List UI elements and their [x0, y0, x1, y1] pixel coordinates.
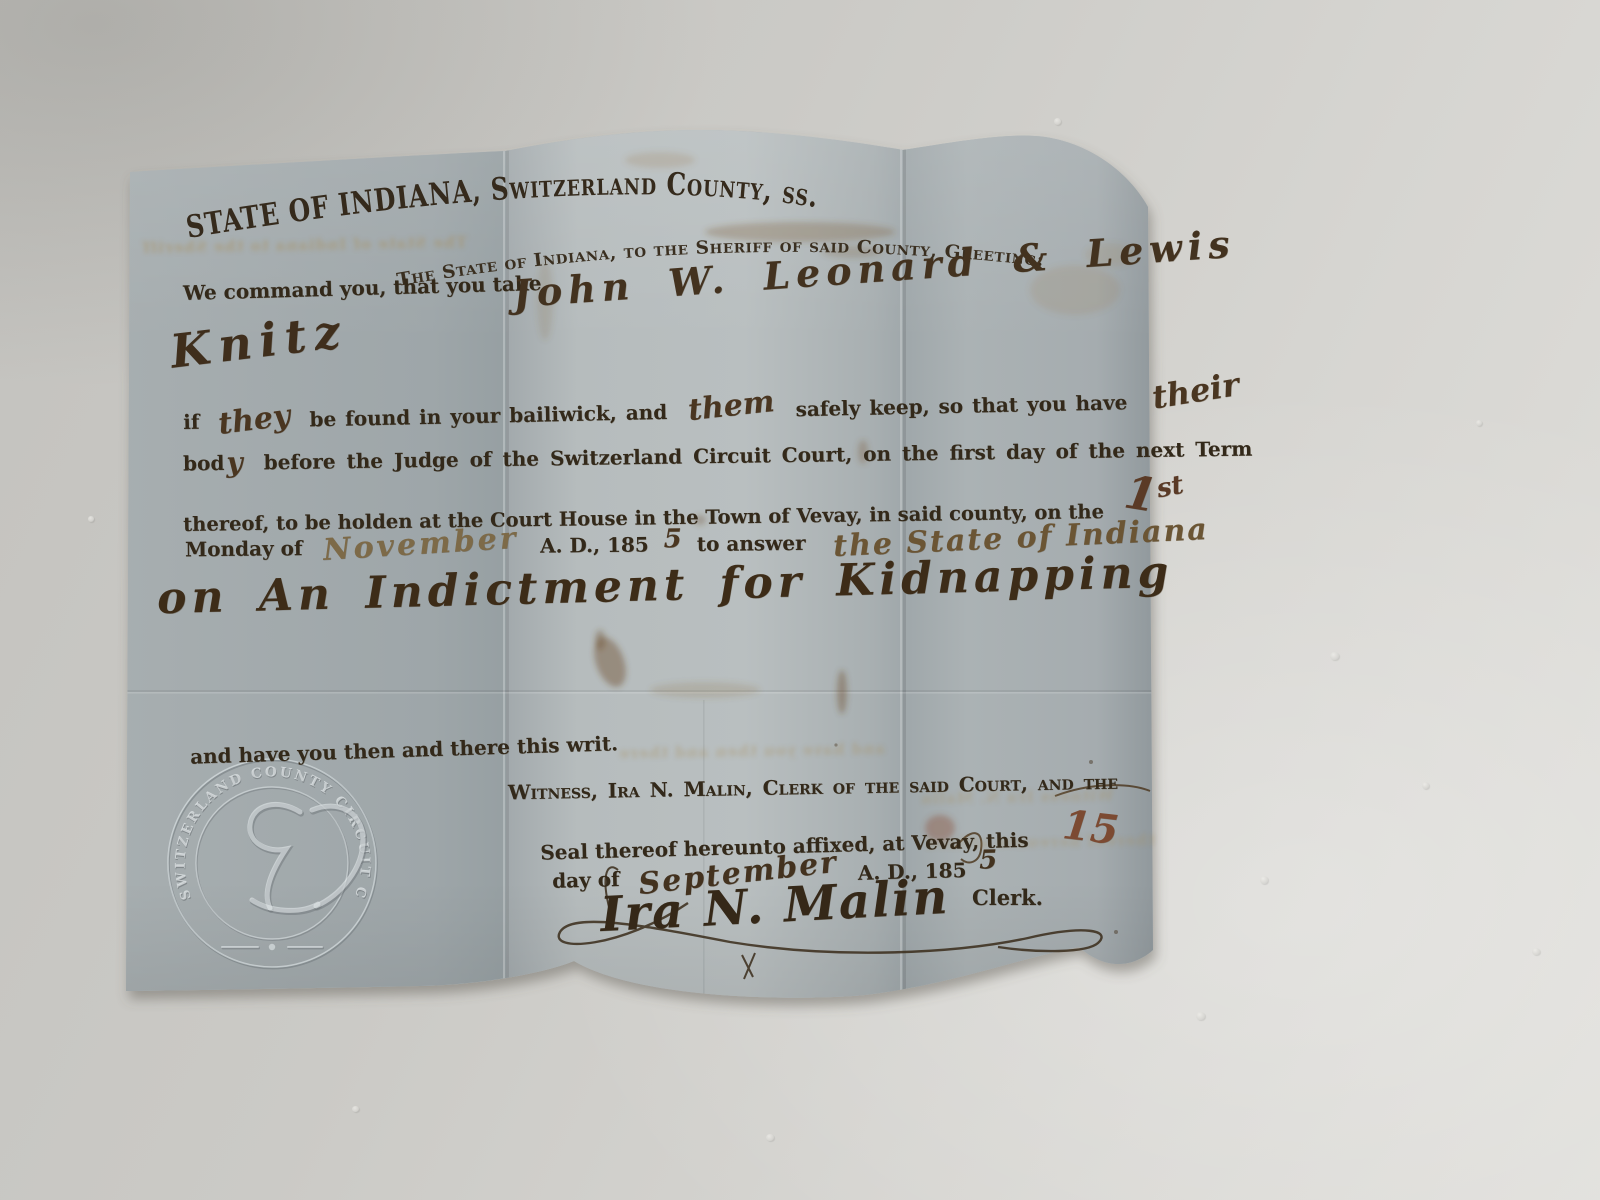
handwritten-year-digit2: 5: [979, 845, 998, 875]
handwritten-st: st: [1154, 470, 1186, 504]
handwritten-month: November: [323, 521, 520, 568]
printed-text: to answer: [697, 531, 806, 556]
photo-of-court-writ: SWITZERLAND COUNTY CIRCUIT COURT SWITZER…: [0, 0, 1600, 1200]
horizontal-crease: [126, 690, 1156, 692]
printed-text: safely keep, so that you have: [795, 390, 1127, 421]
printed-text: if: [183, 410, 200, 434]
printed-text: be found in your bailiwick, and: [309, 400, 667, 431]
handwritten-day-number: 15: [1061, 801, 1122, 854]
printed-text: A. D., 185: [540, 533, 649, 558]
handwritten-them: them: [686, 384, 776, 428]
clerk-label: Clerk.: [972, 885, 1043, 910]
printed-text: bod: [183, 451, 225, 476]
printed-text: Monday of: [185, 536, 303, 561]
handwritten-year-digit: 5: [664, 524, 682, 554]
handwritten-y: y: [226, 446, 243, 479]
